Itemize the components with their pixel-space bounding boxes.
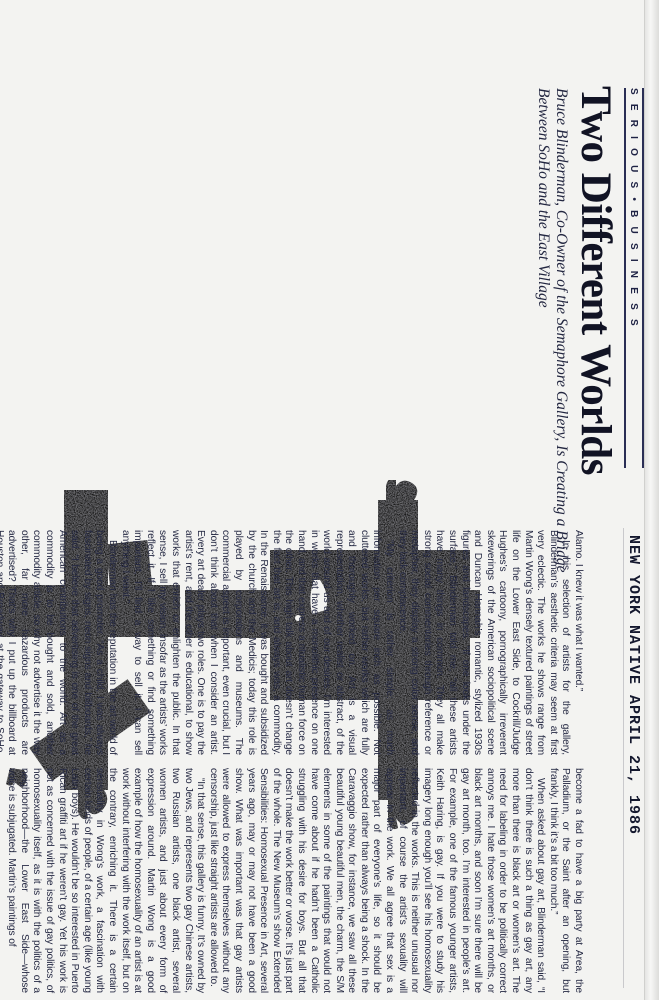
paragraph: become a fad to have a big party at Area… [546,768,584,993]
headline: Two Different Worlds [571,86,620,606]
dateline: NEW YORK NATIVE APRIL 21, 1986 [625,535,642,935]
article-body: Alamo. I knew it was what I wanted.” In … [0,530,620,1000]
article-column-right: become a fad to have a big party at Area… [5,768,584,993]
paragraph: “My criterion is rather simple: as much … [118,530,395,755]
paragraph: “In that sense, this gallery is funny. I… [5,768,207,993]
article-column-left: Alamo. I knew it was what I wanted.” In … [0,530,584,755]
paragraph: In his selection of artists for the gall… [395,530,571,755]
section-kicker: SERIOUS•BUSINESS [624,88,644,468]
rule [623,528,624,988]
newspaper-page: SERIOUS•BUSINESS Two Different Worlds Br… [0,0,650,1000]
paper-edge [644,0,659,1000]
scanned-clipping: SERIOUS•BUSINESS Two Different Worlds Br… [0,0,659,1000]
paragraph: Blinderman has the reputation in the art… [0,530,118,755]
paragraph: When asked about gay art, Blinderman sai… [206,768,546,993]
paragraph: Alamo. I knew it was what I wanted.” [571,530,584,755]
